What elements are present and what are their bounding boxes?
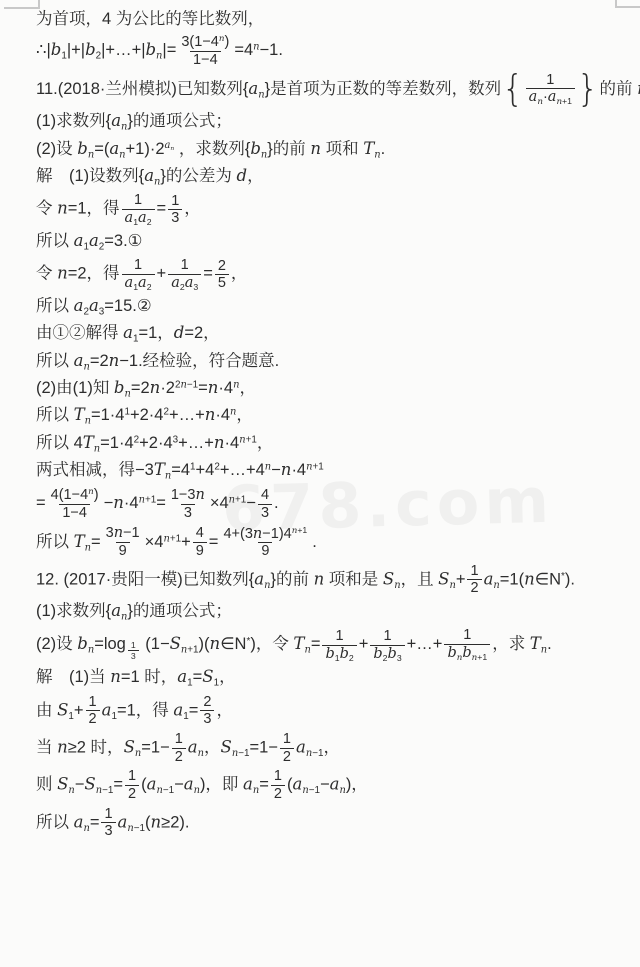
- solution-11-solve: 由①②解得 a1=1，d=2，: [36, 322, 632, 346]
- math-variable: b: [85, 40, 96, 59]
- math-variable: T: [154, 460, 165, 479]
- curly-brace-icon: {: [502, 72, 524, 107]
- subscript: 3: [99, 307, 105, 318]
- math-variable: a: [111, 111, 121, 130]
- fraction-denominator: a1a2: [122, 274, 155, 292]
- fraction: 12: [467, 563, 481, 597]
- subscript: n: [258, 89, 264, 100]
- subscript: n: [194, 785, 200, 796]
- fraction-denominator: 2: [271, 785, 285, 803]
- fraction: 12: [86, 694, 100, 728]
- math-variable: n: [258, 89, 264, 100]
- subscript: 2: [99, 242, 105, 253]
- fraction-denominator: 2: [125, 785, 139, 803]
- subscript: 1: [187, 678, 193, 689]
- subscript: n−1: [232, 748, 250, 759]
- math-variable: n: [156, 785, 162, 796]
- fraction-numerator: 1: [333, 628, 347, 645]
- superscript: n+1: [292, 525, 308, 535]
- superscript: n: [253, 42, 259, 53]
- math-variable: a: [118, 812, 128, 831]
- math-variable: n: [205, 405, 216, 424]
- math-variable: S: [170, 635, 181, 654]
- fraction-denominator: a1a2: [122, 209, 155, 227]
- math-variable: n: [302, 785, 308, 796]
- subscript: n: [264, 580, 270, 591]
- subscript: n: [121, 612, 127, 623]
- math-variable: T: [83, 433, 94, 452]
- subscript: n: [261, 149, 267, 160]
- math-variable: a: [109, 139, 119, 158]
- solution-11-n1: 令 n=1，得1a1a2=13，: [36, 192, 632, 227]
- math-variable: a: [89, 296, 99, 315]
- math-variable: n: [310, 139, 321, 158]
- math-variable: b: [51, 40, 62, 59]
- math-variable: n: [232, 748, 238, 759]
- subscript: n: [304, 645, 310, 656]
- math-variable: a: [296, 737, 306, 756]
- fraction-denominator: 2: [172, 748, 186, 766]
- solution-12-ratio: 所以 an=13an−1(n≥2).: [36, 806, 632, 840]
- solution-11-n2: 令 n=2，得1a1a2+1a2a3=25，: [36, 257, 632, 292]
- subscript: n: [83, 823, 89, 834]
- subscript: n: [339, 785, 345, 796]
- math-variable: n: [83, 823, 89, 834]
- fraction-numerator: 1: [280, 731, 294, 748]
- subscript: n: [68, 785, 74, 796]
- math-variable: n: [151, 812, 162, 831]
- math-variable: n: [253, 525, 262, 541]
- fraction: 1b1b2: [322, 628, 356, 663]
- math-variable: n: [124, 389, 130, 400]
- fraction-denominator: 3: [128, 650, 139, 661]
- math-variable: b: [145, 40, 156, 59]
- fraction-numerator: 4: [193, 525, 207, 542]
- subscript: n−1: [306, 748, 324, 759]
- math-variable: n: [493, 580, 499, 591]
- superscript: 2: [214, 462, 220, 473]
- math-variable: n: [85, 542, 91, 553]
- subscript: n−1: [127, 823, 145, 834]
- math-variable: a: [74, 351, 84, 370]
- math-variable: n: [210, 635, 221, 654]
- fraction: 1an·an+1: [526, 72, 575, 108]
- math-variable: T: [363, 139, 374, 158]
- fraction-denominator: 2: [280, 748, 294, 766]
- math-variable: d: [174, 323, 185, 342]
- math-variable: n: [253, 42, 259, 53]
- superscript: 1: [190, 462, 196, 473]
- solution-11-subtract: 两式相减，得−3Tn=41+42+…+4n−n·4n+1: [36, 459, 632, 483]
- math-variable: n: [121, 612, 127, 623]
- superscript: *: [561, 571, 565, 582]
- subscript: 1: [183, 711, 189, 722]
- math-variable: a: [111, 601, 121, 620]
- fraction-denominator: an·an+1: [526, 88, 575, 107]
- superscript: n+1: [239, 434, 257, 445]
- fraction: 3n−19: [103, 525, 143, 559]
- subscript: 3: [397, 653, 402, 663]
- fraction: 3(1−4n)1−4: [178, 33, 232, 68]
- fraction-denominator: 3: [258, 504, 272, 522]
- math-variable: b: [373, 646, 382, 662]
- subscript: n: [88, 149, 94, 160]
- math-variable: n: [306, 748, 312, 759]
- fraction-denominator: 3: [168, 209, 182, 227]
- subscript: 1: [111, 711, 117, 722]
- fraction: 12: [125, 768, 139, 802]
- fraction-numerator: 1−3n: [168, 487, 208, 504]
- math-variable: n: [156, 51, 162, 62]
- math-variable: n: [88, 149, 94, 160]
- math-variable: a: [123, 323, 133, 342]
- fraction-denominator: a2a3: [168, 274, 201, 292]
- math-variable: n: [88, 645, 94, 656]
- subscript: n: [121, 122, 127, 133]
- math-variable: n: [135, 748, 141, 759]
- fraction: 49: [193, 525, 207, 559]
- subscript: n−1: [156, 785, 174, 796]
- subscript: 1: [133, 334, 139, 345]
- solution-11-general-term: 所以 an=2n−1.经检验，符合题意.: [36, 350, 632, 374]
- superscript: 2: [134, 434, 140, 445]
- solution-11-setup: 解 (1)设数列{an}的公差为 d，: [36, 165, 632, 189]
- subscript: n+1: [181, 645, 199, 656]
- solution-12-a1: 由 S1+12a1=1，得 a1=23，: [36, 694, 632, 728]
- fraction: 4+(3n−1)4n+19: [220, 525, 310, 560]
- math-variable: n: [121, 122, 127, 133]
- subscript: n: [85, 416, 91, 427]
- superscript: n: [233, 380, 239, 391]
- fraction: 1−3n3: [168, 487, 208, 521]
- fraction-denominator: 1−4: [59, 504, 90, 522]
- superscript: an: [165, 140, 175, 151]
- subscript: n: [135, 748, 141, 759]
- solution-11-4tn: 所以 4Tn=1·42+2·43+…+n·4n+1，: [36, 432, 632, 456]
- math-variable: n: [292, 526, 298, 536]
- math-variable: b: [447, 645, 456, 661]
- math-variable: n: [306, 462, 312, 473]
- fraction-numerator: 1: [131, 257, 145, 274]
- fraction-denominator: 3: [101, 822, 115, 840]
- subscript: 2: [147, 282, 152, 292]
- fraction: 13: [101, 806, 115, 840]
- fraction-denominator: 9: [116, 542, 130, 560]
- math-content: 为首项，4 为公比的等比数列， ∴|b1|+|b2|+…+|bn|=3(1−4n…: [36, 6, 632, 843]
- math-variable: S: [84, 775, 95, 794]
- math-variable: b: [77, 635, 88, 654]
- math-variable: n: [394, 580, 400, 591]
- math-variable: n: [214, 433, 225, 452]
- fraction-denominator: 3: [200, 710, 214, 728]
- fraction-numerator: 1: [125, 768, 139, 785]
- superscript: 1: [124, 407, 130, 418]
- math-variable: n: [556, 97, 562, 107]
- math-variable: a: [102, 700, 112, 719]
- fraction-numerator: 1: [131, 192, 145, 209]
- math-variable: S: [57, 775, 68, 794]
- subscript: n−1: [96, 785, 114, 796]
- math-variable: a: [138, 210, 147, 226]
- fraction-numerator: 1: [380, 628, 394, 645]
- math-variable: b: [250, 139, 261, 158]
- math-variable: n: [264, 580, 270, 591]
- superscript: n+1: [306, 462, 324, 473]
- math-variable: n: [219, 34, 225, 44]
- math-variable: n: [195, 487, 204, 503]
- math-variable: n: [265, 462, 271, 473]
- subscript: 1: [61, 51, 67, 62]
- problem-12-statement: 12. (2017·贵阳一模)已知数列{an}的前 n 项和是 Sn，且 Sn+…: [36, 563, 632, 597]
- superscript: n+1: [139, 495, 157, 506]
- math-variable: n: [83, 361, 89, 372]
- math-variable: n: [524, 569, 535, 588]
- subscript: 2: [147, 217, 152, 227]
- superscript: *: [246, 636, 250, 647]
- math-variable: n: [150, 378, 161, 397]
- math-variable: n: [57, 737, 68, 756]
- math-variable: a: [188, 737, 198, 756]
- math-variable: n: [281, 460, 292, 479]
- math-variable: n: [154, 176, 160, 187]
- math-variable: n: [114, 525, 123, 541]
- math-variable: n: [537, 97, 543, 107]
- math-variable: T: [74, 405, 85, 424]
- problem-12-part1: (1)求数列{an}的通项公式；: [36, 600, 632, 624]
- math-variable: a: [254, 569, 264, 588]
- math-variable: a: [89, 231, 99, 250]
- math-variable: n: [472, 653, 478, 663]
- math-variable: b: [325, 646, 334, 662]
- subscript: n: [253, 785, 259, 796]
- math-variable: S: [202, 667, 213, 686]
- fraction-denominator: b1b2: [322, 645, 356, 663]
- line-intro-geometric: 为首项，4 为公比的等比数列，: [36, 9, 632, 30]
- fraction-numerator: 1: [178, 257, 192, 274]
- problem-11-statement: 11.(2018·兰州模拟)已知数列{an}是首项为正数的等差数列，数列{1an…: [36, 72, 632, 108]
- math-variable: n: [239, 434, 245, 445]
- math-variable: n: [339, 785, 345, 796]
- superscript: 2n−1: [175, 380, 198, 391]
- line-abs-sum-formula: ∴|b1|+|b2|+…+|bn|=3(1−4n)1−4=4n−1.: [36, 33, 632, 68]
- fraction: 43: [258, 487, 272, 521]
- math-variable: n: [261, 149, 267, 160]
- superscript: n: [219, 33, 225, 43]
- math-variable: b: [77, 139, 88, 158]
- document-page: 678.com 为首项，4 为公比的等比数列， ∴|b1|+|b2|+…+|bn…: [0, 0, 640, 967]
- braced-group: {1an·an+1}: [502, 72, 598, 108]
- math-variable: n: [170, 145, 174, 152]
- math-variable: n: [449, 580, 455, 591]
- math-variable: S: [383, 569, 394, 588]
- subscript: 2: [96, 51, 102, 62]
- braced-body: 1an·an+1: [524, 72, 577, 108]
- superscript: n: [265, 462, 271, 473]
- fraction-denominator: 9: [193, 542, 207, 560]
- fraction: 1a1a2: [122, 192, 155, 227]
- subscript: n: [85, 542, 91, 553]
- subscript: n+1: [472, 652, 488, 662]
- fraction-numerator: 1: [86, 694, 100, 711]
- math-variable: n: [119, 149, 125, 160]
- math-variable: S: [221, 737, 232, 756]
- solution-11-eq1: 所以 a1a2=3.①: [36, 230, 632, 254]
- subscript: n: [170, 146, 174, 152]
- math-variable: n: [165, 471, 171, 482]
- subscript: n: [165, 471, 171, 482]
- math-variable: a: [484, 569, 494, 588]
- fraction: 12: [280, 731, 294, 765]
- fraction: 1a2a3: [168, 257, 201, 292]
- fraction-denominator: 2: [467, 579, 481, 597]
- subscript: n: [198, 748, 204, 759]
- subscript: 2: [349, 653, 354, 663]
- math-variable: S: [57, 700, 68, 719]
- math-variable: n: [88, 487, 94, 497]
- subscript: n: [156, 51, 162, 62]
- subscript: n: [154, 176, 160, 187]
- math-variable: a: [138, 275, 147, 291]
- math-variable: n: [94, 443, 100, 454]
- fraction-denominator: b2b3: [370, 645, 404, 663]
- math-variable: a: [248, 79, 258, 98]
- fraction-denominator: 5: [215, 274, 229, 292]
- math-variable: T: [293, 635, 304, 654]
- subscript: n: [541, 645, 547, 656]
- math-variable: n: [233, 380, 239, 391]
- subscript: n: [537, 96, 543, 106]
- superscript: n+1: [229, 495, 247, 506]
- math-variable: n: [541, 645, 547, 656]
- fraction-denominator: 1−4: [190, 51, 221, 69]
- fraction: 1a1a2: [122, 257, 155, 292]
- math-variable: n: [85, 416, 91, 427]
- subscript: n: [124, 389, 130, 400]
- solution-11-bn: (2)由(1)知 bn=2n·22n−1=n·4n，: [36, 377, 632, 401]
- math-variable: S: [124, 737, 135, 756]
- math-variable: n: [68, 785, 74, 796]
- math-variable: a: [125, 275, 134, 291]
- subscript: n: [493, 580, 499, 591]
- problem-12-part2: (2)设 bn=log13 (1−Sn+1)(n∈N*)，令 Tn=1b1b2+…: [36, 627, 632, 663]
- solution-12-n1: 解 (1)当 n=1 时，a1=S1，: [36, 666, 632, 690]
- fraction: 13: [128, 640, 139, 661]
- subscript: n: [94, 443, 100, 454]
- math-variable: a: [74, 812, 84, 831]
- page-corner-mark-left: [4, 0, 40, 9]
- math-variable: n: [109, 351, 120, 370]
- solution-12-n-ge-2: 当 n≥2 时，Sn=1−12an，Sn−1=1−12an−1，: [36, 731, 632, 765]
- math-variable: a: [177, 667, 187, 686]
- fraction-numerator: 1: [543, 72, 557, 89]
- math-variable: n: [110, 667, 121, 686]
- fraction: 12: [172, 731, 186, 765]
- math-variable: a: [243, 775, 253, 794]
- math-variable: n: [314, 569, 325, 588]
- fraction-denominator: 9: [258, 542, 272, 560]
- math-variable: a: [74, 231, 84, 250]
- curly-brace-icon: }: [577, 72, 599, 107]
- fraction-numerator: 1: [460, 627, 474, 644]
- fraction-numerator: 1: [168, 193, 182, 210]
- subscript: n: [449, 580, 455, 591]
- problem-11-part2: (2)设 bn=(an+1)·2an ，求数列{bn}的前 n 项和 Tn.: [36, 138, 632, 162]
- math-variable: T: [74, 532, 85, 551]
- superscript: 3: [173, 434, 179, 445]
- fraction-numerator: 4+(3n−1)4n+1: [220, 525, 310, 542]
- math-variable: n: [181, 645, 187, 656]
- math-variable: b: [462, 645, 471, 661]
- math-variable: a: [292, 775, 302, 794]
- math-variable: b: [388, 646, 397, 662]
- math-variable: n: [113, 493, 124, 512]
- math-variable: d: [237, 166, 248, 185]
- subscript: 13: [126, 645, 141, 656]
- solution-11-simplify: =4(1−4n)1−4−n·4n+1=1−3n3×4n+1−43.: [36, 486, 632, 521]
- math-variable: T: [530, 635, 541, 654]
- math-variable: n: [139, 495, 145, 506]
- fraction: 13: [168, 193, 182, 227]
- math-variable: a: [125, 210, 134, 226]
- fraction-numerator: 3(1−4n): [178, 33, 232, 50]
- fraction-numerator: 1: [172, 731, 186, 748]
- fraction-numerator: 2: [200, 694, 214, 711]
- math-variable: n: [57, 199, 68, 218]
- math-variable: n: [229, 495, 235, 506]
- fraction-numerator: 1: [101, 806, 115, 823]
- fraction-numerator: 1: [271, 768, 285, 785]
- fraction: 23: [200, 694, 214, 728]
- math-variable: n: [374, 149, 380, 160]
- solution-12-recurrence: 则 Sn−Sn−1=12(an−1−an)，即 an=12(an−1−an)，: [36, 768, 632, 802]
- math-variable: n: [208, 378, 219, 397]
- fraction-numerator: 2: [215, 258, 229, 275]
- subscript: 1: [68, 711, 74, 722]
- subscript: n: [88, 645, 94, 656]
- math-variable: a: [330, 775, 340, 794]
- fraction-numerator: 1: [467, 563, 481, 580]
- fraction-numerator: 4: [258, 487, 272, 504]
- fraction-denominator: 3: [181, 504, 195, 522]
- subscript: n+1: [556, 96, 572, 106]
- fraction-denominator: bnbn+1: [444, 644, 490, 663]
- fraction: 12: [271, 768, 285, 802]
- math-variable: n: [194, 785, 200, 796]
- subscript: n−1: [302, 785, 320, 796]
- solution-11-eq2: 所以 a2a3=15.②: [36, 295, 632, 319]
- math-variable: n: [253, 785, 259, 796]
- problem-11-part1: (1)求数列{an}的通项公式；: [36, 110, 632, 134]
- fraction-numerator: 4(1−4n): [48, 486, 102, 503]
- superscript: n+1: [163, 533, 181, 544]
- solution-11-result: 所以 Tn=3n−19×4n+1+49=4+(3n−1)4n+19.: [36, 525, 632, 560]
- superscript: n: [88, 486, 94, 496]
- math-variable: n: [230, 407, 236, 418]
- math-variable: S: [438, 569, 449, 588]
- fraction-numerator: 3n−1: [103, 525, 143, 542]
- fraction: 1bnbn+1: [444, 627, 490, 663]
- superscript: 2: [163, 407, 169, 418]
- subscript: n: [394, 580, 400, 591]
- math-variable: n: [198, 748, 204, 759]
- math-variable: n: [127, 823, 133, 834]
- superscript: n: [230, 407, 236, 418]
- solution-11-tn: 所以 Tn=1·41+2·42+…+n·4n，: [36, 404, 632, 428]
- math-variable: n: [96, 785, 102, 796]
- math-variable: a: [173, 700, 183, 719]
- subscript: n: [374, 149, 380, 160]
- math-variable: b: [114, 378, 125, 397]
